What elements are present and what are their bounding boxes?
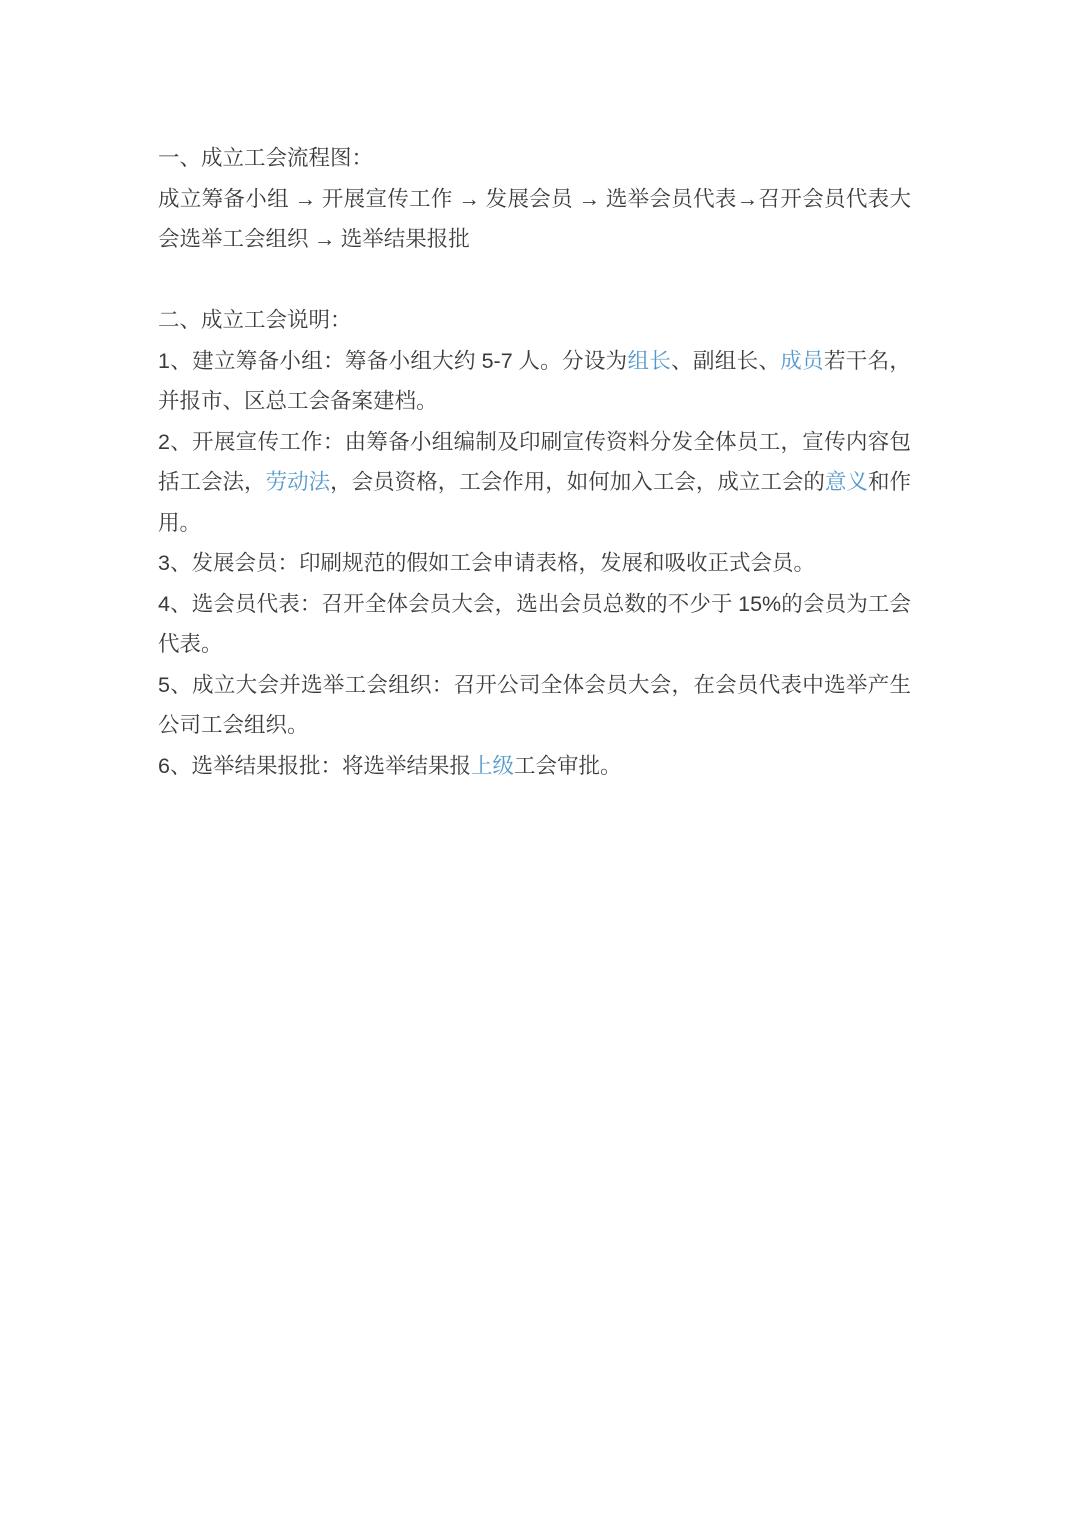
- paragraph: 5、成立大会并选举工会组织：召开公司全体会员大会，在会员代表中选举产生公司工会组…: [158, 665, 911, 746]
- link-text[interactable]: 劳动法: [266, 470, 331, 494]
- text-run: 工会审批。: [514, 754, 622, 778]
- text-run: 2: [158, 430, 170, 454]
- link-text[interactable]: 成员: [780, 349, 824, 373]
- text-run: 3: [158, 551, 170, 575]
- text-run: 、副组长、: [671, 349, 780, 373]
- link-text[interactable]: 上级: [471, 754, 514, 778]
- document-page: 一、成立工会流程图：成立筹备小组 → 开展宣传工作 → 发展会员 → 选举会员代…: [0, 0, 1080, 1528]
- text-run: 二、成立工会说明：: [158, 308, 352, 332]
- link-text[interactable]: 组长: [628, 349, 672, 373]
- document-body: 一、成立工会流程图：成立筹备小组 → 开展宣传工作 → 发展会员 → 选举会员代…: [158, 138, 911, 786]
- text-run: 、建立筹备小组：筹备小组大约: [170, 349, 482, 373]
- text-run: 4: [158, 592, 170, 616]
- blank-line: [158, 260, 911, 301]
- text-run: 一、成立工会流程图：: [158, 146, 373, 170]
- text-run: 15%: [738, 592, 781, 616]
- text-run: ，会员资格，工会作用，如何加入工会，成立工会的: [330, 470, 825, 494]
- text-run: 人。分设为: [513, 349, 628, 373]
- paragraph: 4、选会员代表：召开全体会员大会，选出会员总数的不少于 15%的会员为工会代表。: [158, 584, 911, 665]
- text-run: 、选会员代表：召开全体会员大会，选出会员总数的不少于: [170, 592, 738, 616]
- link-text[interactable]: 意义: [825, 470, 868, 494]
- text-run: 、发展会员：印刷规范的假如工会申请表格，发展和吸收正式会员。: [170, 551, 815, 575]
- text-run: 5-7: [482, 349, 513, 373]
- paragraph: 6、选举结果报批：将选举结果报上级工会审批。: [158, 746, 911, 787]
- paragraph: 3、发展会员：印刷规范的假如工会申请表格，发展和吸收正式会员。: [158, 543, 911, 584]
- paragraph: 二、成立工会说明：: [158, 300, 911, 341]
- text-run: 1: [158, 349, 170, 373]
- text-run: 、选举结果报批：将选举结果报: [170, 754, 471, 778]
- paragraph: 一、成立工会流程图：: [158, 138, 911, 179]
- text-run: 、成立大会并选举工会组织：召开公司全体会员大会，在会员代表中选举产生公司工会组织…: [158, 673, 911, 738]
- text-run: 6: [158, 754, 170, 778]
- paragraph: 1、建立筹备小组：筹备小组大约 5-7 人。分设为组长、副组长、成员若干名，并报…: [158, 341, 911, 422]
- text-run: 成立筹备小组 → 开展宣传工作 → 发展会员 → 选举会员代表→召开会员代表大会…: [158, 187, 911, 252]
- text-run: 5: [158, 673, 170, 697]
- paragraph: 2、开展宣传工作：由筹备小组编制及印刷宣传资料分发全体员工，宣传内容包括工会法，…: [158, 422, 911, 544]
- paragraph: 成立筹备小组 → 开展宣传工作 → 发展会员 → 选举会员代表→召开会员代表大会…: [158, 179, 911, 260]
